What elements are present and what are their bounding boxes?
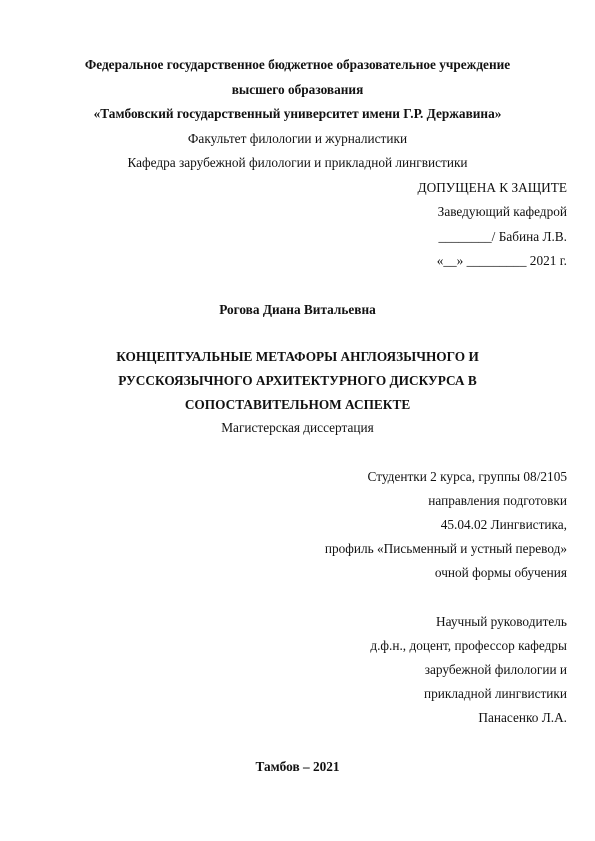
author-name: Рогова Диана Витальевна [0,303,595,316]
work-type: Магистерская диссертация [0,421,595,434]
supervisor-line-2: д.ф.н., доцент, профессор кафедры [370,639,567,652]
student-info-line-4: профиль «Письменный и устный перевод» [325,542,567,555]
city-year: Тамбов – 2021 [0,760,595,773]
supervisor-line-1: Научный руководитель [436,615,567,628]
thesis-title-line-2: РУССКОЯЗЫЧНОГО АРХИТЕКТУРНОГО ДИСКУРСА В [0,374,595,387]
department-name: Кафедра зарубежной филологии и прикладно… [0,156,595,169]
supervisor-line-4: прикладной лингвистики [424,687,567,700]
student-info-line-1: Студентки 2 курса, группы 08/2105 [368,470,567,483]
supervisor-name: Панасенко Л.А. [478,711,567,724]
thesis-title-line-1: КОНЦЕПТУАЛЬНЫЕ МЕТАФОРЫ АНГЛОЯЗЫЧНОГО И [0,350,595,363]
approval-position: Заведующий кафедрой [438,205,567,218]
approval-status: ДОПУЩЕНА К ЗАЩИТЕ [418,181,567,194]
university-name: «Тамбовский государственный университет … [0,107,595,120]
institution-line-2: высшего образования [0,83,595,96]
student-info-line-5: очной формы обучения [435,566,567,579]
faculty-name: Факультет филологии и журналистики [0,132,595,145]
approval-signature: ________/ Бабина Л.В. [438,230,567,243]
institution-line-1: Федеральное государственное бюджетное об… [0,58,595,71]
student-info-line-2: направления подготовки [428,494,567,507]
student-info-line-3: 45.04.02 Лингвистика, [441,518,567,531]
thesis-title-line-3: СОПОСТАВИТЕЛЬНОМ АСПЕКТЕ [0,398,595,411]
approval-date: «__» _________ 2021 г. [437,254,567,267]
supervisor-line-3: зарубежной филологии и [425,663,567,676]
